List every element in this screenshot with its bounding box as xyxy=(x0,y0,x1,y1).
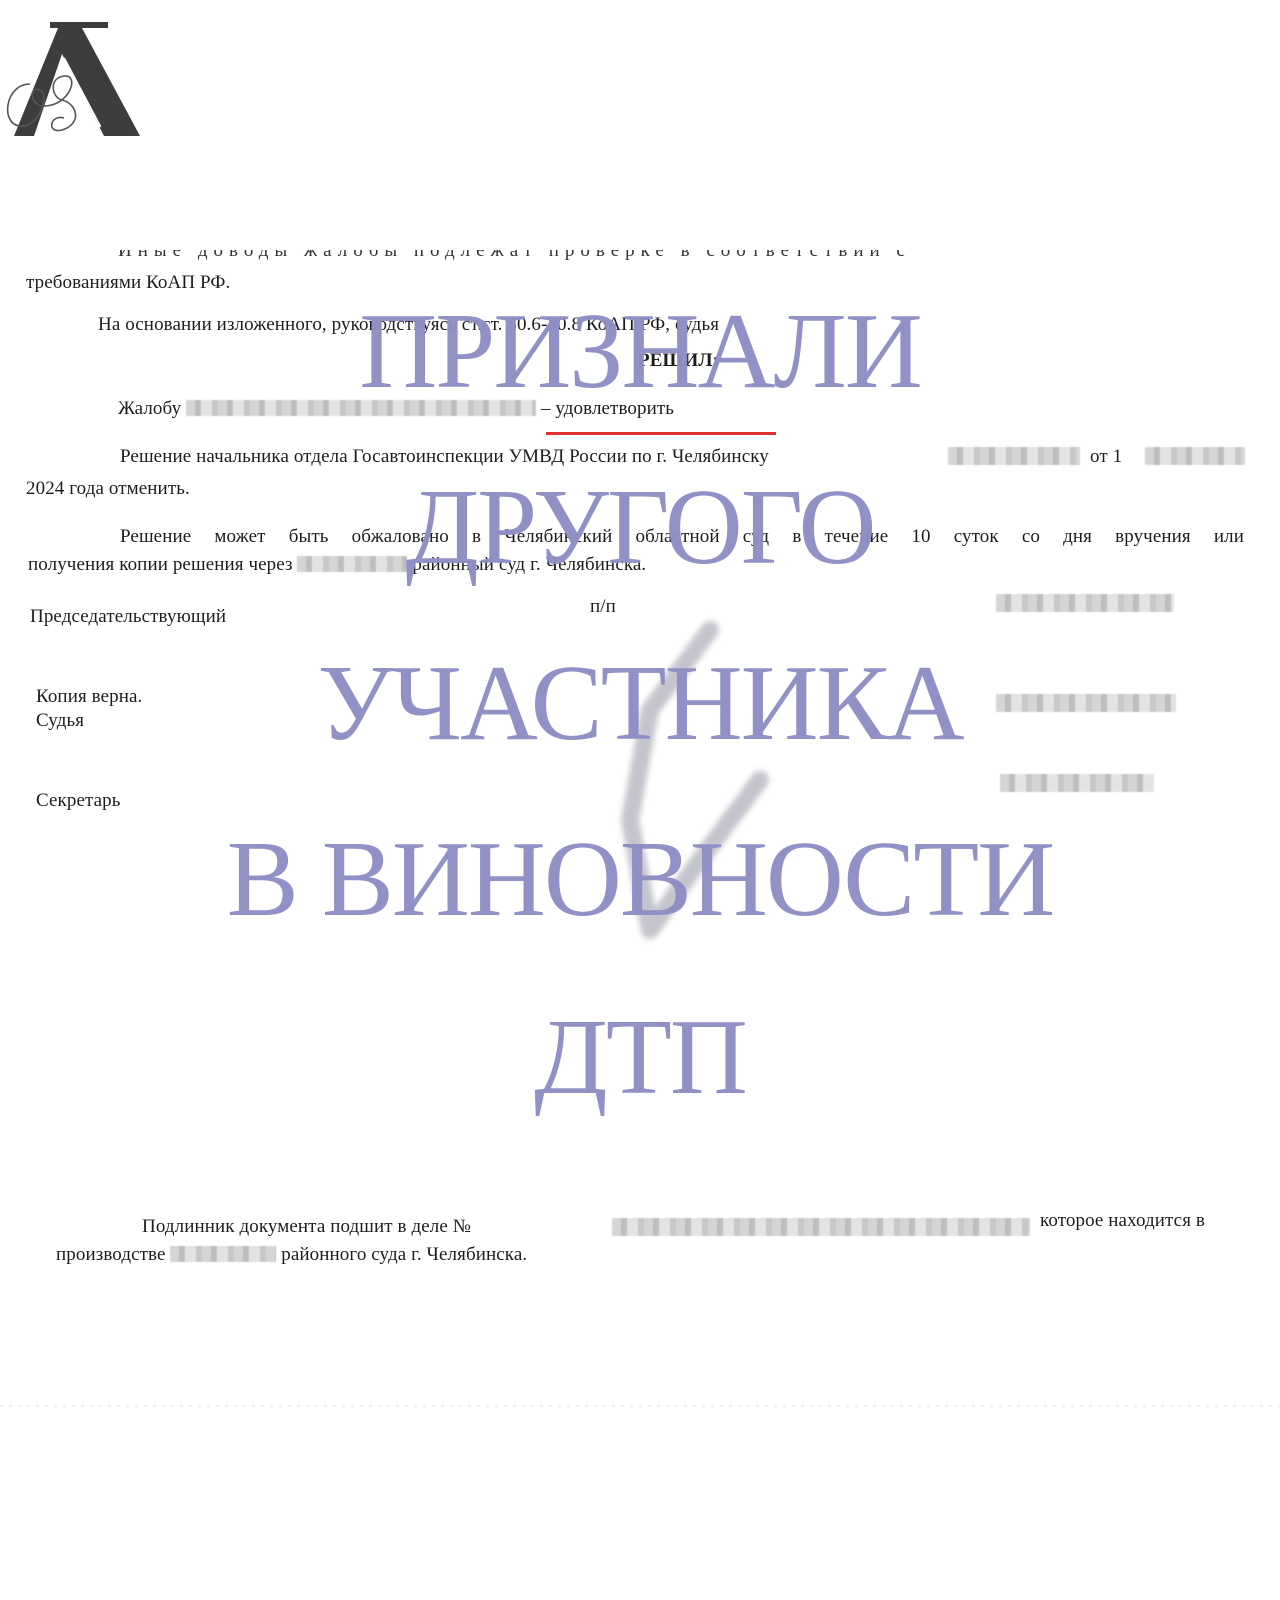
redacted-case-number xyxy=(612,1218,1030,1236)
redacted-date xyxy=(1145,447,1245,465)
original-line-2: производстве районного суда г. Челябинск… xyxy=(56,1244,527,1266)
page-edge xyxy=(0,1405,1280,1407)
headline-line-5: ДТП xyxy=(0,1004,1280,1112)
cropped-text-line: Иные доводы жалобы подлежат проверке в с… xyxy=(118,250,918,264)
decision-line-1: Решение начальника отдела Госавтоинспекц… xyxy=(120,446,769,468)
original-line-1: Подлинник документа подшит в деле № xyxy=(142,1216,471,1238)
presiding-label: Председательствующий xyxy=(30,606,226,628)
original-line-1-suffix: которое находится в xyxy=(1040,1210,1205,1232)
headline-line-2: ДРУГОГО xyxy=(0,474,1280,582)
signed-mark: п/п xyxy=(590,596,616,618)
redacted-secretary-name xyxy=(1000,774,1154,792)
headline-line-3: УЧАСТНИКА xyxy=(0,650,1280,758)
redacted-court-name-2 xyxy=(170,1246,276,1262)
requirements-line: требованиями КоАП РФ. xyxy=(26,272,230,294)
secretary-label: Секретарь xyxy=(36,790,121,812)
redacted-official-name xyxy=(948,447,1080,465)
headline-line-4: В ВИНОВНОСТИ xyxy=(0,826,1280,934)
red-underline xyxy=(546,432,776,435)
decision-date-prefix: от 1 xyxy=(1090,446,1122,468)
headline-line-1: ПРИЗНАЛИ xyxy=(0,298,1280,406)
redacted-presiding-name xyxy=(996,594,1174,612)
